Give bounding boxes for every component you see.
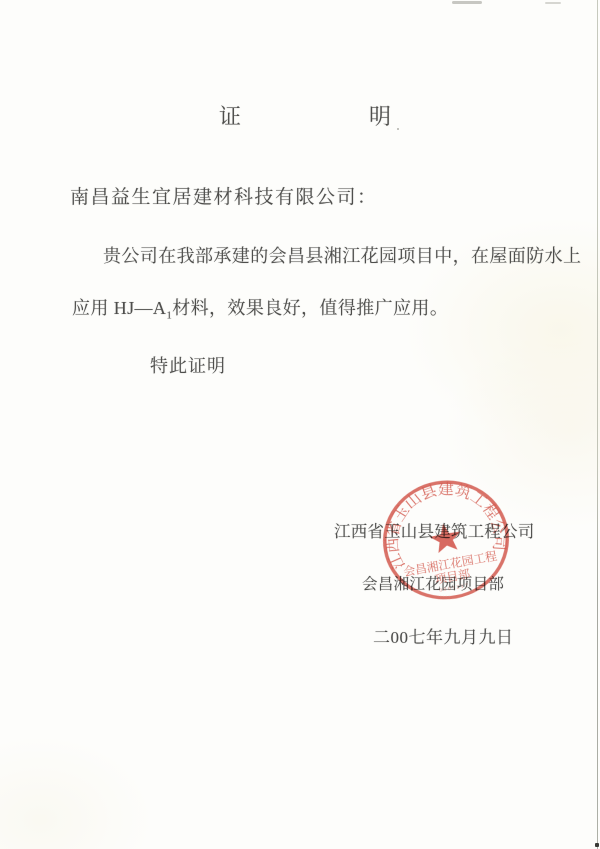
scan-smudge (452, 1, 482, 4)
official-red-seal: 江西省玉山县建筑工程公司 会昌湘江花园工程 项目部 0003217 (369, 466, 523, 613)
red-star-icon (428, 521, 464, 554)
body-line-2-suffix: 材料，效果良好，值得推广应用。 (172, 298, 448, 318)
title-spacer (242, 100, 369, 131)
scan-speck (397, 128, 399, 130)
scan-speck (408, 301, 410, 303)
certificate-title: 证 明 (219, 100, 392, 131)
title-char-ming: 明 (369, 100, 392, 131)
scanned-certificate-page: 证 明 南昌益生宜居建材科技有限公司： 贵公司在我部承建的会昌县湘江花园项目中，… (0, 0, 600, 849)
scan-edge-line (597, 0, 599, 849)
signature-date-line: 二00七年九月九日 (373, 623, 514, 648)
scan-speck (595, 843, 599, 847)
title-char-zheng: 证 (219, 100, 242, 131)
salutation-line: 南昌益生宜居建材科技有限公司： (70, 182, 378, 209)
body-line-2-prefix: 应用 HJ—A (72, 298, 166, 318)
closing-line: 特此证明 (150, 352, 226, 378)
body-line-1: 贵公司在我部承建的会昌县湘江花园项目中，在屋面防水上 (103, 242, 581, 268)
body-line-2: 应用 HJ—A1材料，效果良好，值得推广应用。 (72, 294, 448, 322)
scan-smudge (545, 2, 561, 4)
